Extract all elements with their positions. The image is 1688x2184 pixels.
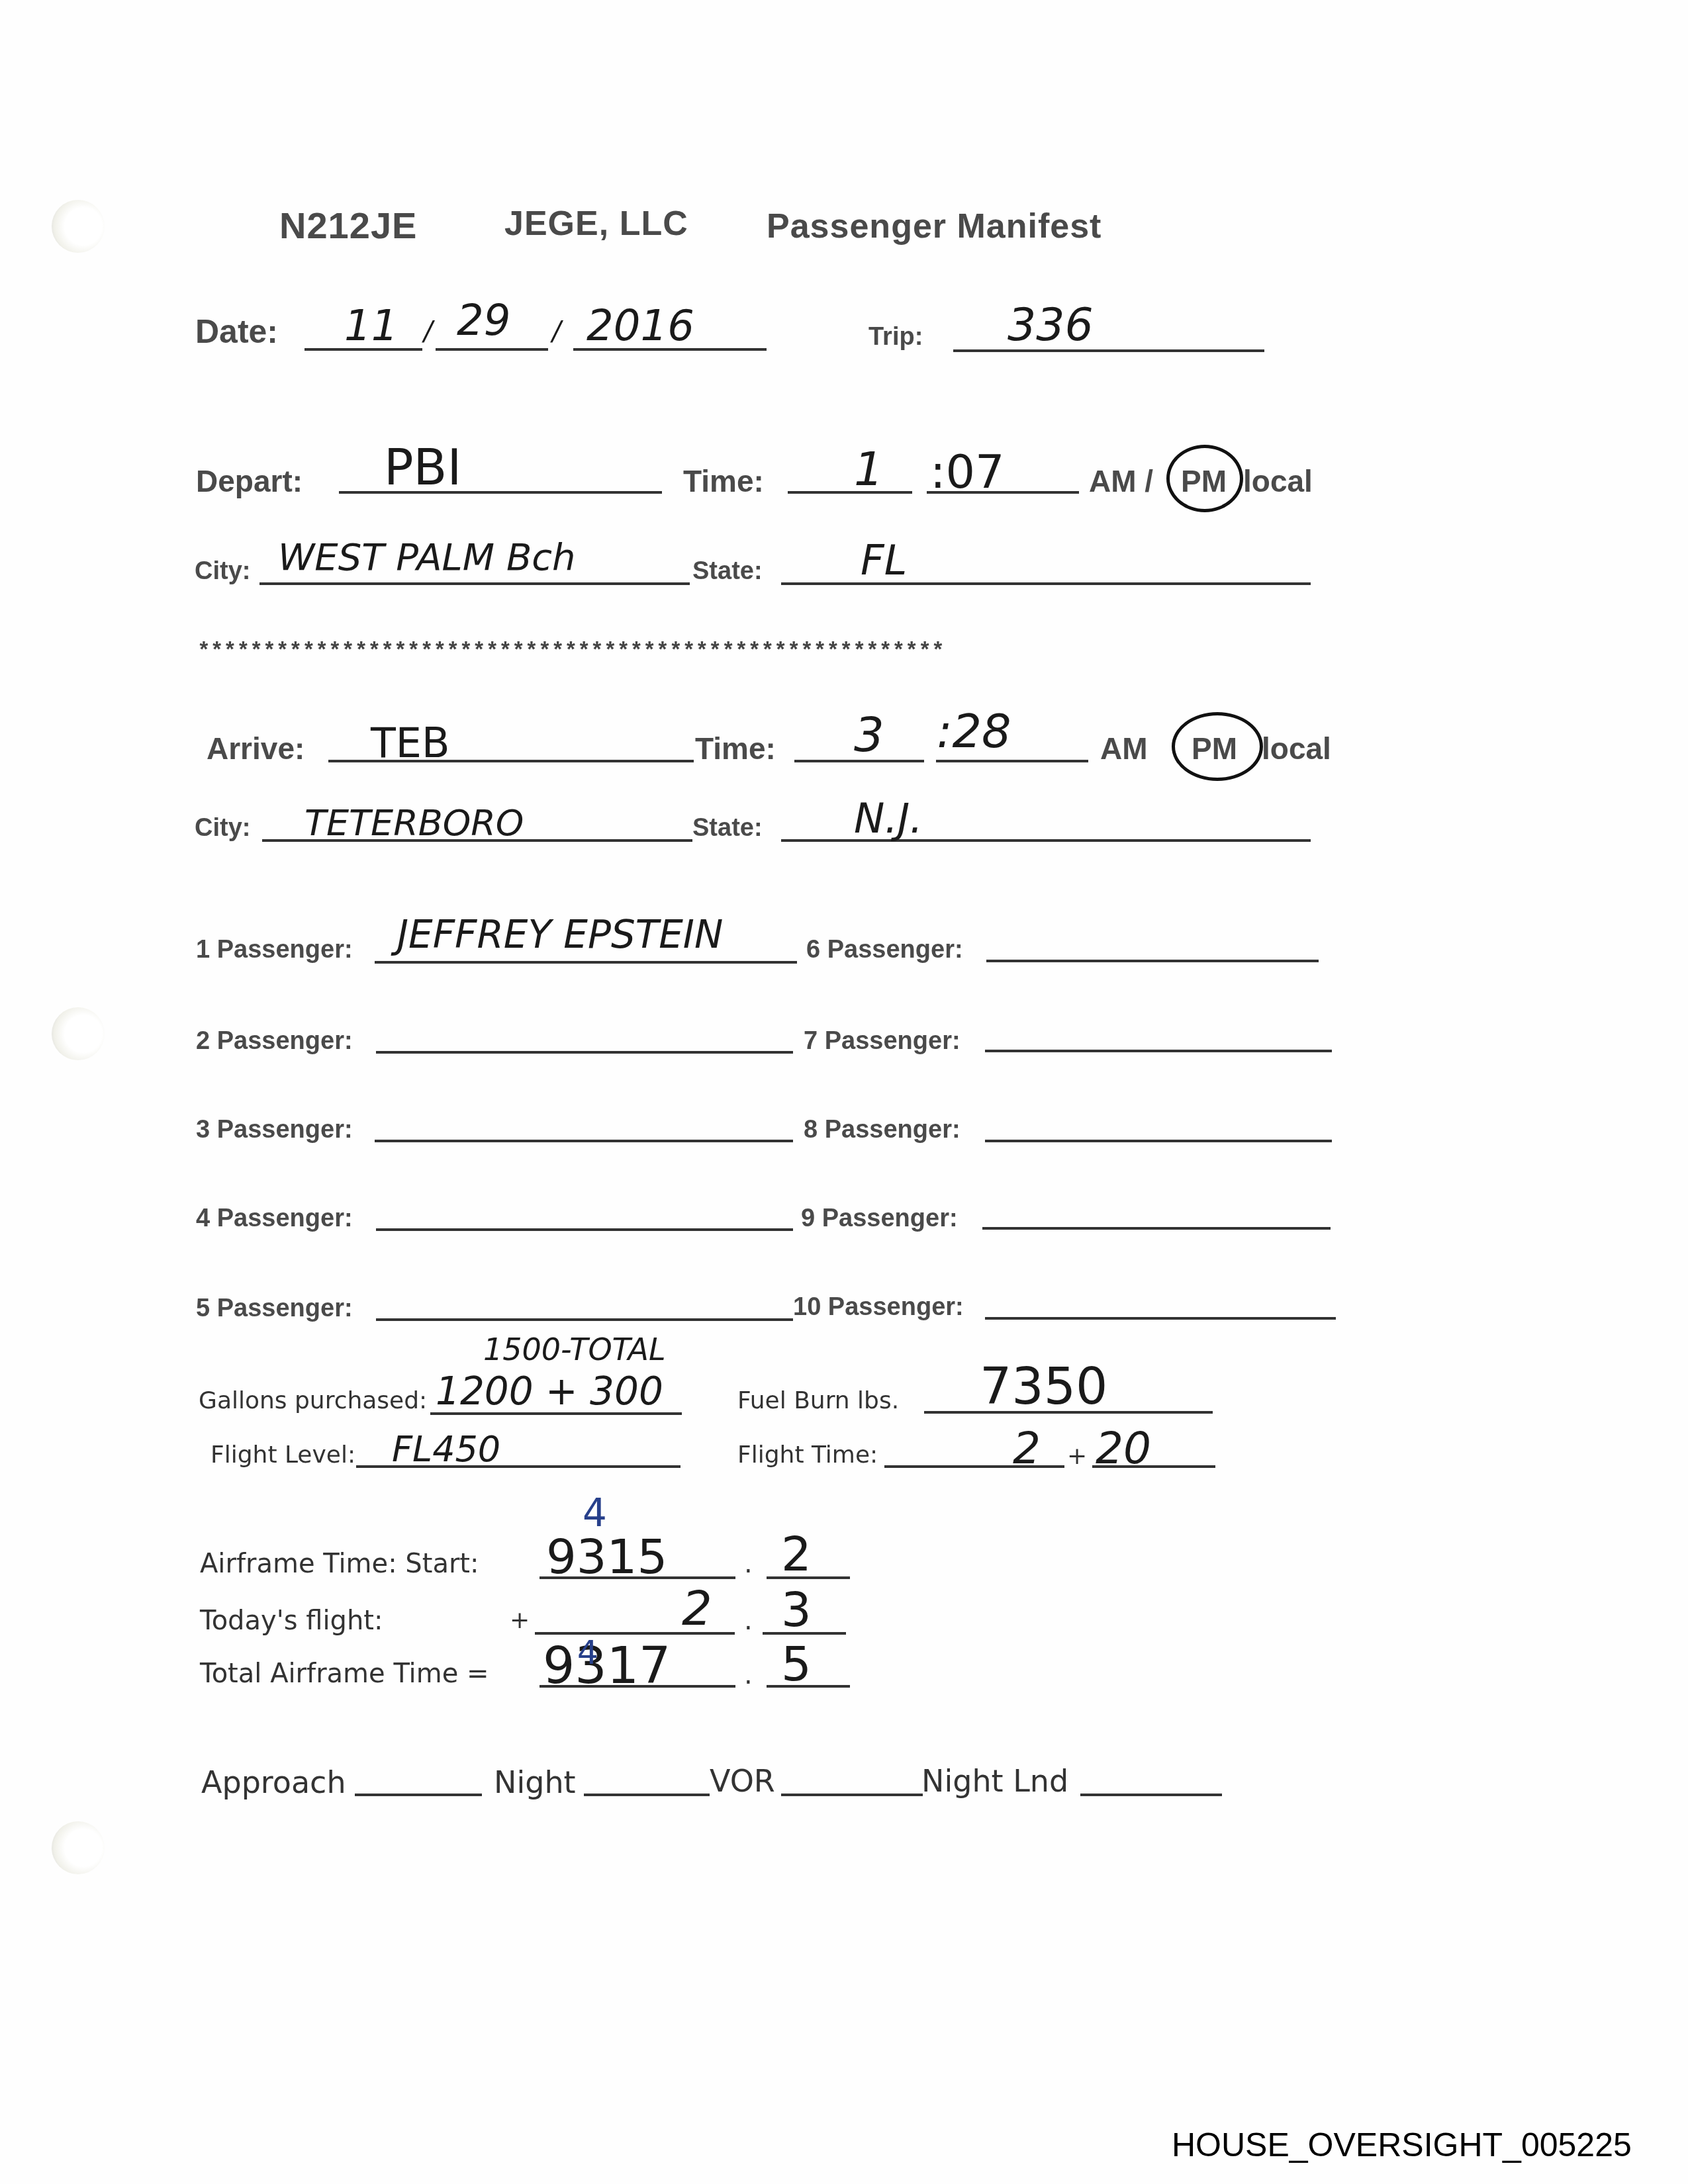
passenger-5-field[interactable] (376, 1318, 793, 1321)
passenger-10-field[interactable] (985, 1317, 1336, 1320)
section-separator-stars: ****************************************… (197, 639, 945, 664)
night-label: Night (494, 1764, 576, 1800)
total-airframe-decimal: . (744, 1660, 753, 1690)
passenger-6-label: 6 Passenger: (806, 936, 963, 964)
date-day-field[interactable] (436, 348, 548, 351)
depart-city-label: City: (195, 557, 250, 586)
airframe-start-tenths-value: 2 (781, 1526, 812, 1582)
passenger-10-label: 10 Passenger: (793, 1293, 964, 1322)
binder-hole-bottom (52, 1821, 105, 1874)
depart-city-value: WEST PALM Bch (278, 536, 576, 579)
flight-level-value: FL450 (392, 1428, 500, 1470)
passenger-6-field[interactable] (986, 960, 1319, 962)
gallons-label: Gallons purchased: (199, 1387, 427, 1414)
passenger-5-label: 5 Passenger: (196, 1295, 353, 1323)
passenger-1-label: 1 Passenger: (196, 936, 353, 964)
passenger-2-label: 2 Passenger: (196, 1027, 353, 1056)
arrive-time-label: Time: (695, 731, 776, 766)
tail-number: N212JE (279, 204, 417, 247)
gallons-note: 1500-TOTAL (483, 1332, 666, 1367)
night-lnd-label: Night Lnd (921, 1763, 1068, 1799)
todays-flight-plus: + (510, 1607, 530, 1634)
depart-state-value: FL (861, 536, 907, 584)
date-day-value: 29 (457, 296, 510, 345)
todays-flight-label: Today's flight: (200, 1606, 383, 1636)
airframe-start-label: Airframe Time: Start: (200, 1549, 479, 1579)
total-airframe-whole-value: 9317 (543, 1636, 671, 1695)
date-year-value: 2016 (586, 302, 694, 351)
arrive-state-label: State: (692, 814, 763, 842)
passenger-7-field[interactable] (985, 1050, 1332, 1052)
passenger-3-label: 3 Passenger: (196, 1116, 353, 1144)
date-sep-1: / (424, 316, 432, 347)
date-sep-2: / (552, 316, 561, 347)
trip-field[interactable] (953, 349, 1264, 352)
arrive-local-label: local (1262, 731, 1331, 766)
arrive-pm-selected-circle (1172, 712, 1263, 781)
airframe-start-correction: 4 (583, 1490, 607, 1535)
passenger-1-field[interactable] (375, 961, 797, 964)
total-airframe-label: Total Airframe Time = (200, 1659, 489, 1689)
depart-city-field[interactable] (259, 582, 690, 585)
arrive-label: Arrive: (207, 731, 305, 766)
bates-number: HOUSE_OVERSIGHT_005225 (1172, 2126, 1632, 2164)
arrive-hour-value: 3 (854, 707, 884, 762)
passenger-9-field[interactable] (982, 1227, 1331, 1230)
airframe-start-decimal: . (744, 1549, 753, 1579)
depart-hour-value: 1 (854, 442, 884, 496)
arrive-am-option[interactable]: AM (1100, 731, 1148, 766)
flight-time-minutes-value: 20 (1096, 1423, 1151, 1474)
arrive-minute-field[interactable] (936, 760, 1088, 762)
night-lnd-field[interactable] (1080, 1794, 1222, 1796)
vor-label: VOR (710, 1763, 775, 1799)
depart-airport-value: PBI (384, 439, 461, 496)
todays-flight-tenths-value: 3 (781, 1582, 812, 1637)
night-field[interactable] (584, 1794, 710, 1796)
depart-label: Depart: (196, 463, 303, 499)
arrive-airport-value: TEB (371, 719, 450, 767)
todays-flight-decimal: . (744, 1606, 753, 1636)
passenger-4-field[interactable] (376, 1228, 793, 1231)
date-label: Date: (195, 312, 278, 351)
airframe-start-whole-value: 9315 (546, 1529, 667, 1584)
depart-am-option[interactable]: AM / (1089, 463, 1153, 499)
binder-hole-top (52, 200, 105, 253)
company-name: JEGE, LLC (504, 204, 688, 244)
passenger-8-label: 8 Passenger: (804, 1116, 961, 1144)
arrive-city-label: City: (195, 814, 250, 842)
approach-field[interactable] (355, 1794, 482, 1796)
passenger-8-field[interactable] (985, 1140, 1332, 1142)
binder-hole-middle (52, 1007, 105, 1060)
depart-time-label: Time: (683, 463, 764, 499)
depart-hour-field[interactable] (788, 491, 912, 494)
gallons-value: 1200 + 300 (436, 1369, 663, 1414)
total-airframe-correction: 4 (577, 1633, 598, 1672)
todays-flight-whole-value: 2 (682, 1580, 712, 1636)
passenger-7-label: 7 Passenger: (804, 1027, 961, 1056)
depart-local-label: local (1243, 463, 1313, 499)
passenger-4-label: 4 Passenger: (196, 1205, 353, 1233)
passenger-3-field[interactable] (375, 1140, 793, 1142)
arrive-city-value: TETERBORO (305, 802, 524, 844)
total-airframe-tenths-value: 5 (781, 1636, 812, 1692)
trip-value: 336 (1008, 299, 1094, 351)
flight-time-hours-value: 2 (1013, 1423, 1041, 1474)
manifest-page: N212JE JEGE, LLC Passenger Manifest Date… (0, 0, 1688, 2184)
arrive-minute-value: :28 (937, 704, 1011, 758)
arrive-state-value: N.J. (854, 794, 923, 842)
trip-label: Trip: (868, 323, 923, 351)
fuel-burn-value: 7350 (980, 1357, 1107, 1416)
depart-state-label: State: (692, 557, 763, 586)
depart-pm-selected-circle (1166, 445, 1243, 512)
form-title: Passenger Manifest (767, 206, 1102, 246)
date-month-value: 11 (344, 302, 398, 351)
flight-time-separator: + (1067, 1443, 1087, 1470)
passenger-9-label: 9 Passenger: (801, 1205, 958, 1233)
passenger-1-name: JEFFREY EPSTEIN (397, 912, 723, 957)
depart-minute-value: :07 (930, 445, 1005, 499)
approach-label: Approach (201, 1764, 346, 1800)
flight-time-label: Flight Time: (737, 1441, 878, 1469)
fuel-burn-label: Fuel Burn lbs. (737, 1387, 899, 1414)
vor-field[interactable] (781, 1794, 923, 1796)
flight-level-label: Flight Level: (211, 1441, 355, 1469)
passenger-2-field[interactable] (376, 1051, 793, 1054)
